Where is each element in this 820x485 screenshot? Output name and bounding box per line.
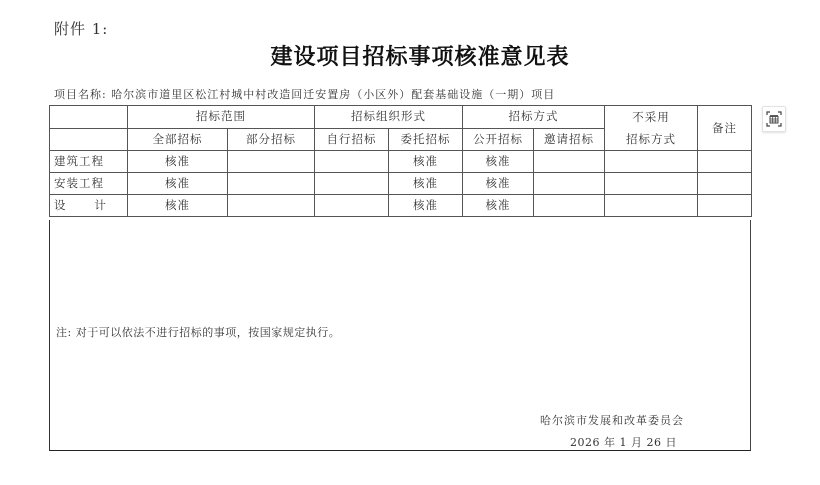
- cell: 核准: [389, 195, 463, 217]
- subheader-open: 公开招标: [463, 128, 534, 151]
- cell: [605, 173, 698, 195]
- cell: 核准: [128, 151, 228, 173]
- row-label: 设 计: [50, 195, 128, 217]
- cell: 核准: [128, 195, 228, 217]
- cell: [534, 173, 605, 195]
- header-non-bidding-line1: 不采用: [605, 106, 697, 128]
- cell: 核准: [463, 173, 534, 195]
- corner-cell-2: [50, 128, 128, 151]
- row-label: 建筑工程: [50, 151, 128, 173]
- cell: [605, 151, 698, 173]
- table-extract-icon: [766, 111, 782, 127]
- notes-section: 注: 对于可以依法不进行招标的事项，按国家规定执行。 哈尔滨市发展和改革委员会 …: [49, 220, 751, 451]
- header-row-1: 招标范围 招标组织形式 招标方式 不采用 招标方式 备注: [50, 106, 752, 129]
- cell: 核准: [389, 173, 463, 195]
- header-non-bidding-line2: 招标方式: [605, 128, 697, 150]
- row-label: 安装工程: [50, 173, 128, 195]
- attachment-label: 附件 1:: [54, 18, 108, 39]
- signing-organization: 哈尔滨市发展和改革委员会: [540, 412, 684, 428]
- subheader-invited: 邀请招标: [534, 128, 605, 151]
- subheader-entrusted: 委托招标: [389, 128, 463, 151]
- signing-date: 2026 年 1 月 26 日: [570, 434, 677, 450]
- header-scope: 招标范围: [128, 106, 315, 129]
- cell: 核准: [463, 151, 534, 173]
- cell: 核准: [128, 173, 228, 195]
- corner-cell: [50, 106, 128, 129]
- cell: [605, 195, 698, 217]
- subheader-partial: 部分招标: [228, 128, 315, 151]
- cell: 核准: [463, 195, 534, 217]
- subheader-all: 全部招标: [128, 128, 228, 151]
- cell: [315, 173, 389, 195]
- table-row: 设 计 核准 核准 核准: [50, 195, 752, 217]
- cell: 核准: [389, 151, 463, 173]
- approval-table: 招标范围 招标组织形式 招标方式 不采用 招标方式 备注 全部招标 部分招标 自…: [49, 105, 752, 217]
- document-title: 建设项目招标事项核准意见表: [0, 40, 820, 71]
- cell: [228, 195, 315, 217]
- project-name: 项目名称: 哈尔滨市道里区松江村城中村改造回迁安置房（小区外）配套基础设施（一期…: [54, 86, 555, 102]
- note-text: 注: 对于可以依法不进行招标的事项，按国家规定执行。: [56, 324, 340, 340]
- cell: [698, 173, 752, 195]
- header-non-bidding: 不采用 招标方式: [605, 106, 698, 151]
- cell: [534, 151, 605, 173]
- header-organization: 招标组织形式: [315, 106, 463, 129]
- subheader-self: 自行招标: [315, 128, 389, 151]
- table-row: 建筑工程 核准 核准 核准: [50, 151, 752, 173]
- cell: [315, 195, 389, 217]
- cell: [698, 151, 752, 173]
- header-remarks: 备注: [698, 106, 752, 151]
- cell: [315, 151, 389, 173]
- table-row: 安装工程 核准 核准 核准: [50, 173, 752, 195]
- header-method: 招标方式: [463, 106, 605, 129]
- cell: [228, 173, 315, 195]
- cell: [534, 195, 605, 217]
- cell: [228, 151, 315, 173]
- table-extract-button[interactable]: [762, 106, 786, 132]
- cell: [698, 195, 752, 217]
